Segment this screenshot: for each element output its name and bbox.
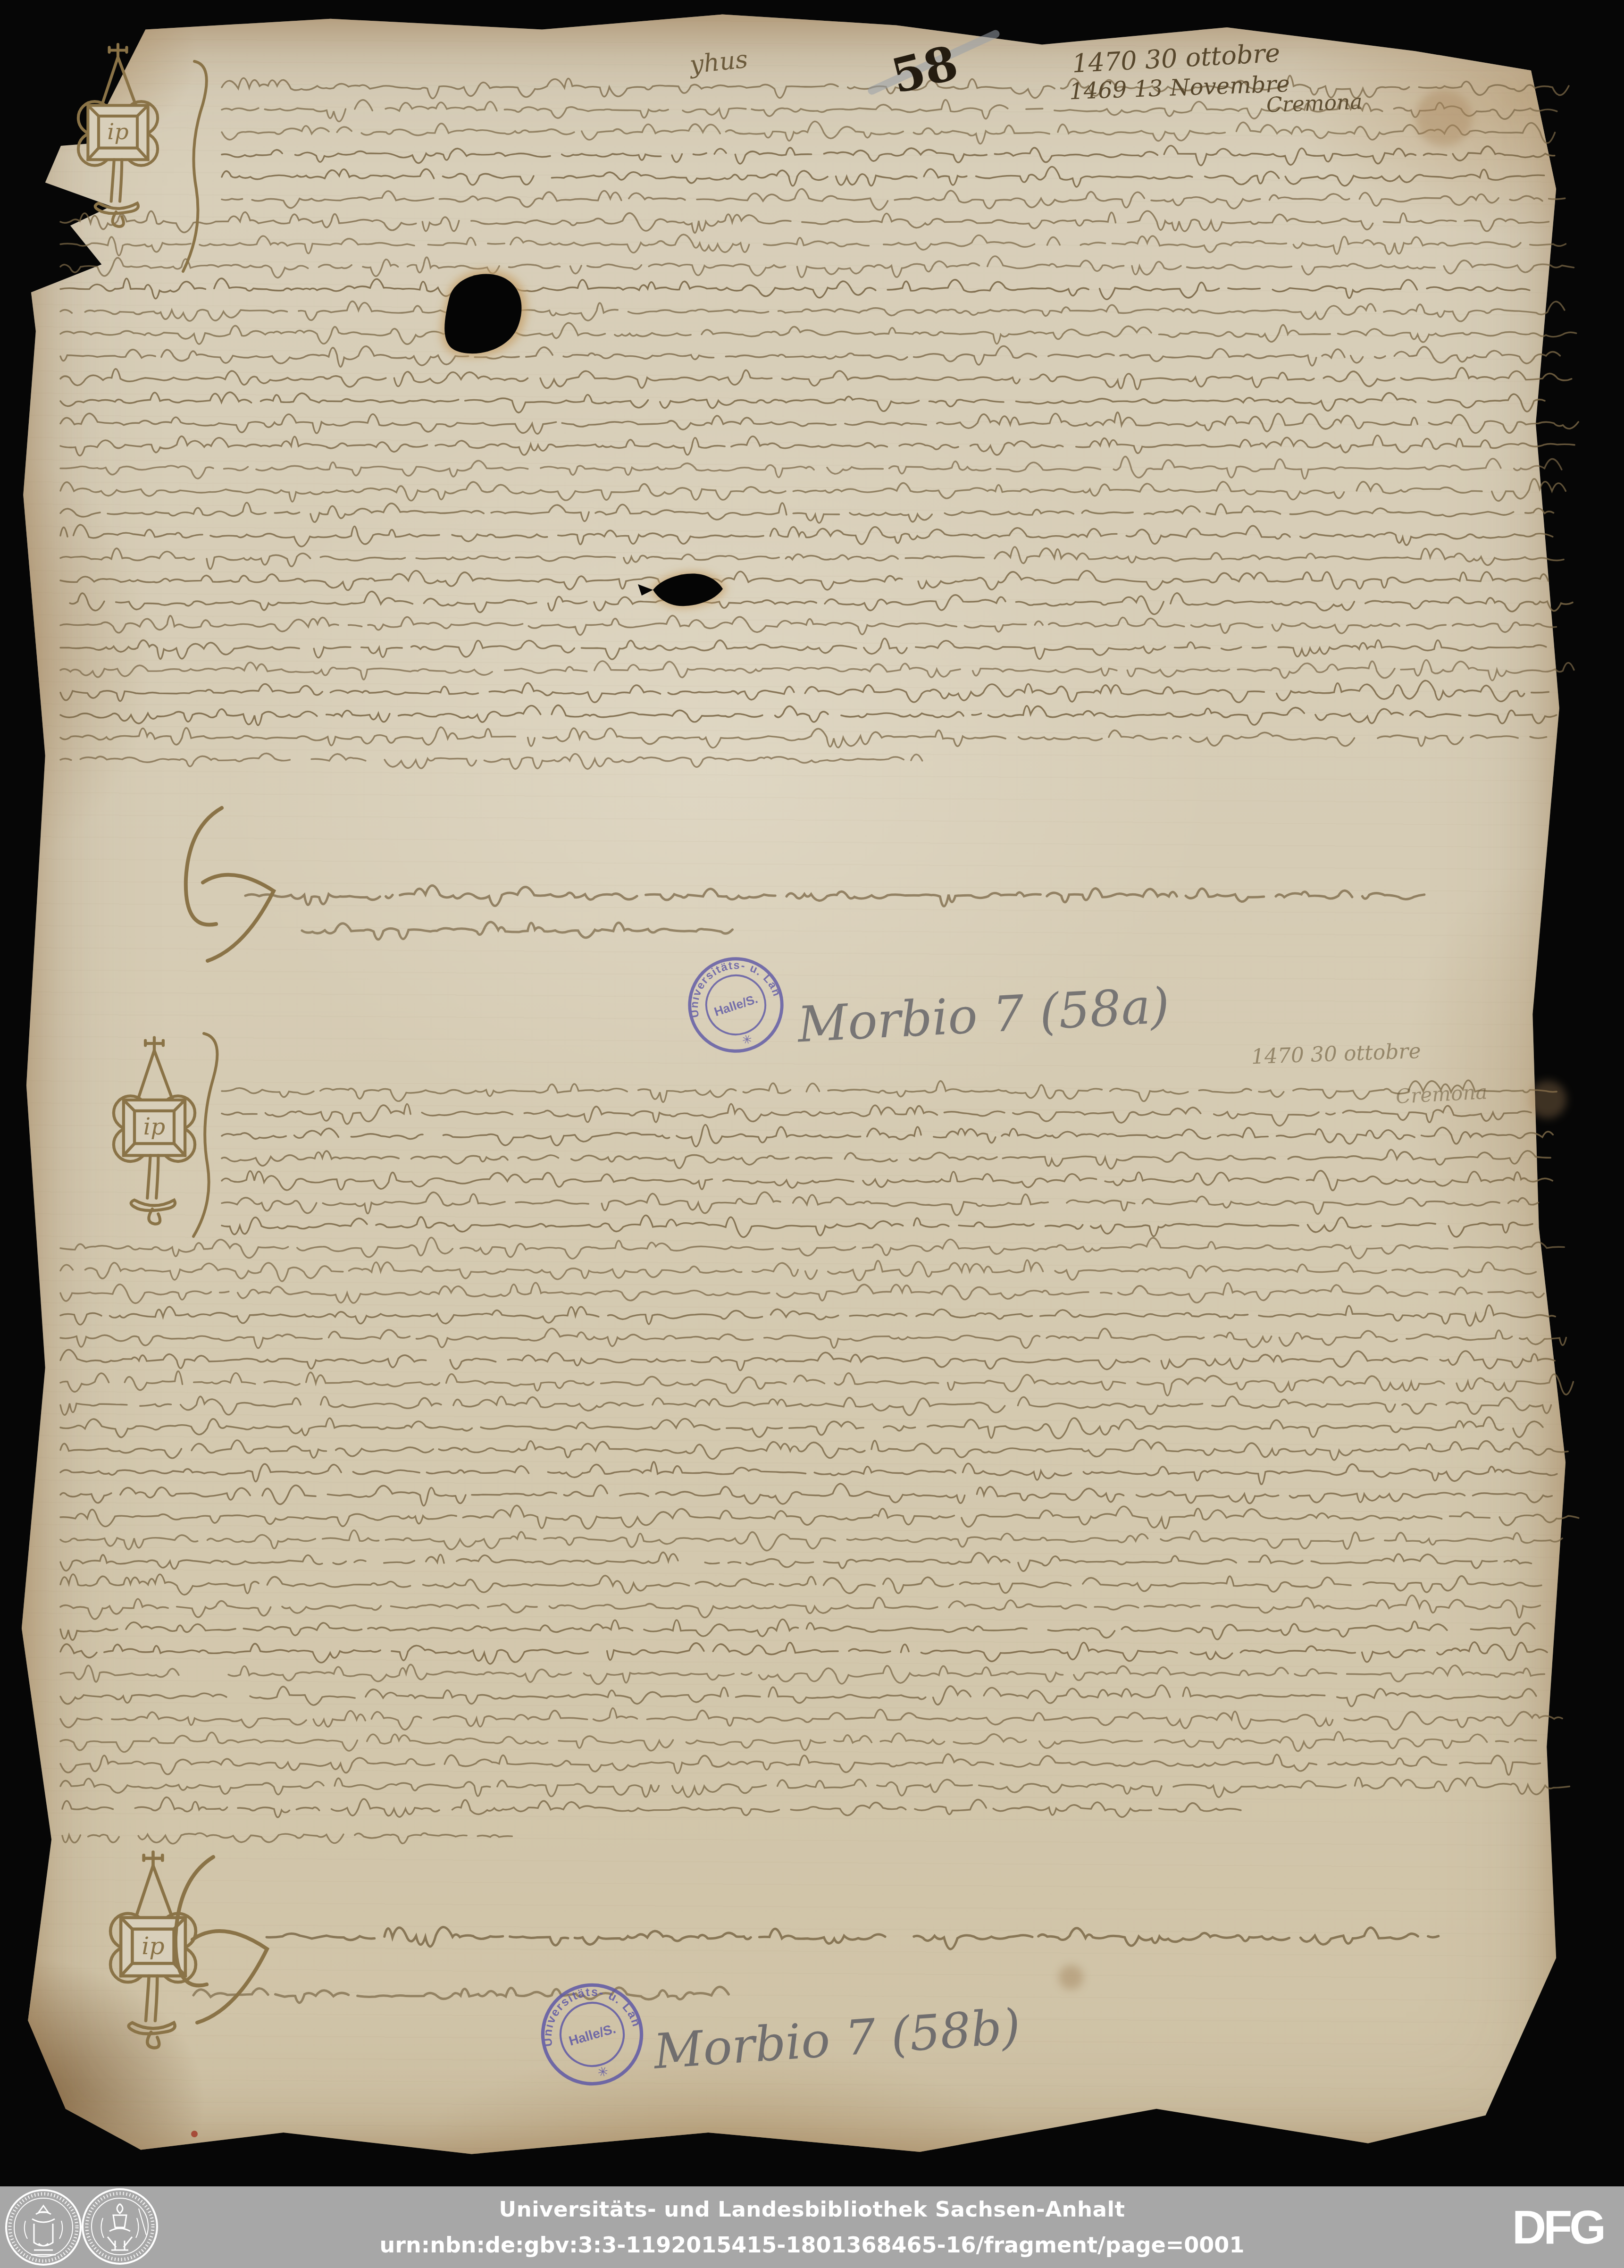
red-fleck xyxy=(191,2131,198,2137)
library-name: Universitäts- und Landesbibliothek Sachs… xyxy=(499,2197,1125,2222)
damage-layer xyxy=(0,0,1624,2268)
digitized-manuscript-page: { "page": {"background": "#060606"}, "pa… xyxy=(0,0,1624,2268)
document-urn: urn:nbn:de:gbv:3:3-1192015415-1801368465… xyxy=(380,2232,1245,2258)
foxing-spot xyxy=(1529,1081,1566,1118)
foxing-spot xyxy=(1059,1965,1083,1990)
dfg-logo: DFG xyxy=(1512,2201,1611,2255)
footer-text: Universitäts- und Landesbibliothek Sachs… xyxy=(0,2186,1624,2268)
foxing-spot xyxy=(1415,90,1472,146)
